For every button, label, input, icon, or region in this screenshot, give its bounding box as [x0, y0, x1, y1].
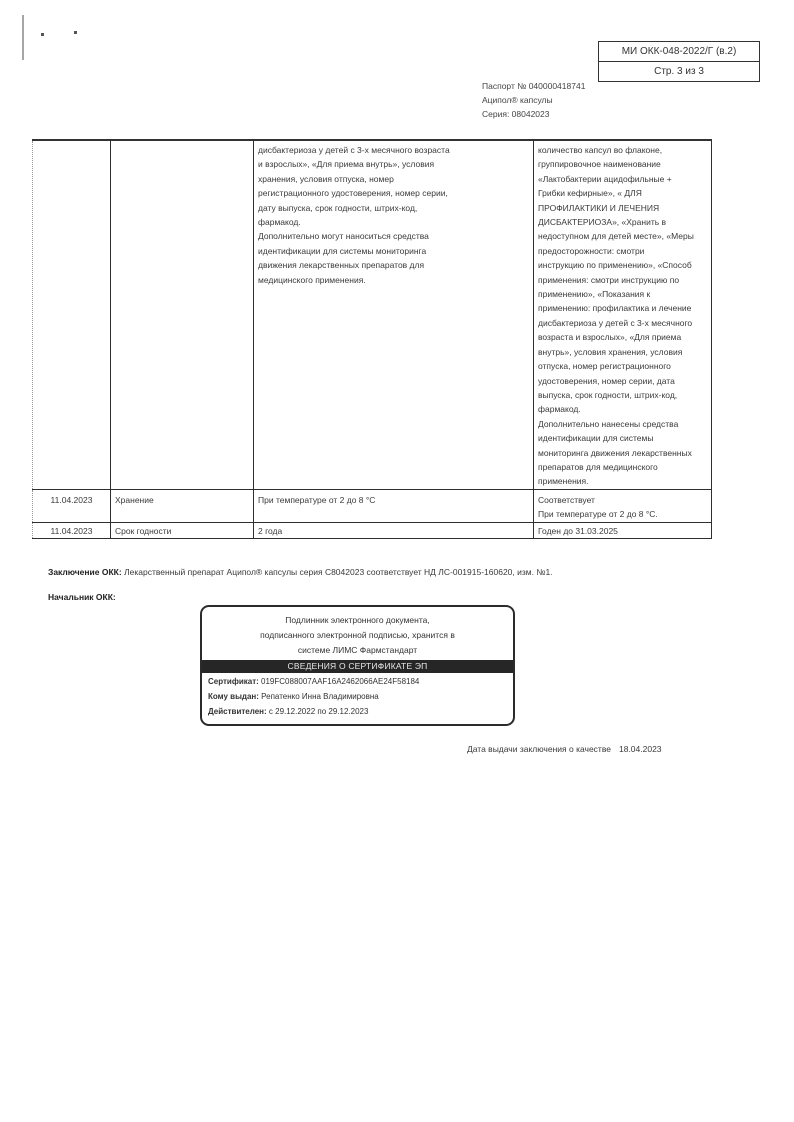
head-label: Начальник ОКК: — [48, 592, 116, 602]
stamp-header: Подлинник электронного документа, подпис… — [202, 607, 513, 658]
cell-line: регистрационного удостоверения, номер се… — [258, 186, 529, 200]
cell-line: Дополнительно нанесены средства — [538, 417, 707, 431]
issued-to-value: Репатенко Инна Владимировна — [261, 692, 379, 701]
batch-number: Серия: 08042023 — [482, 107, 585, 121]
date-cell: 11.04.2023 — [33, 490, 111, 523]
cell-line: дисбактериоза у детей с 3-х месячного — [538, 316, 707, 330]
passport-number: Паспорт № 040000418741 — [482, 79, 585, 93]
qc-conclusion: Заключение ОКК: Лекарственный препарат А… — [48, 567, 553, 577]
result-cell: Годен до 31.03.2025 — [534, 523, 712, 539]
parameter-cell — [111, 140, 254, 490]
cell-line: инструкцию по применению», «Способ — [538, 258, 707, 272]
cell-line: При температуре от 2 до 8 °С. — [538, 507, 707, 521]
cell-line: ПРОФИЛАКТИКИ И ЛЕЧЕНИЯ — [538, 201, 707, 215]
cell-line: хранения, условия отпуска, номер — [258, 172, 529, 186]
page-number: Стр. 3 из 3 — [599, 61, 759, 81]
conclusion-text: Лекарственный препарат Аципол® капсулы с… — [124, 567, 552, 577]
cell-line: удостоверения, номер серии, дата — [538, 374, 707, 388]
cell-line: применению: профилактика и лечение — [538, 301, 707, 315]
requirement-cell: При температуре от 2 до 8 °С — [254, 490, 534, 523]
scan-artifact — [41, 33, 44, 36]
cell-line: 2 года — [258, 524, 529, 538]
date-cell — [33, 140, 111, 490]
document-code-box: МИ ОКК-048-2022/Г (в.2) Стр. 3 из 3 — [598, 41, 760, 82]
stamp-info: Сертификат: 019FC088007AAF16A2462066AE24… — [202, 673, 513, 719]
valid-label: Действителен: — [208, 707, 267, 716]
issue-date: Дата выдачи заключения о качестве18.04.2… — [467, 744, 662, 754]
cell-line: идентификации для системы мониторинга — [258, 244, 529, 258]
cell-line: предосторожности: смотри — [538, 244, 707, 258]
cell-line: группировочное наименование — [538, 157, 707, 171]
cell-line: идентификации для системы — [538, 431, 707, 445]
issue-date-value: 18.04.2023 — [619, 744, 662, 754]
cell-line: дисбактериоза у детей с 3-х месячного во… — [258, 143, 529, 157]
valid-value: с 29.12.2022 по 29.12.2023 — [269, 707, 369, 716]
cell-line: «Лактобактерии ацидофильные + — [538, 172, 707, 186]
cell-line: и взрослых», «Для приема внутрь», услови… — [258, 157, 529, 171]
cell-line: применению», «Показания к — [538, 287, 707, 301]
parameter-cell: Срок годности — [111, 523, 254, 539]
requirement-cell: 2 года — [254, 523, 534, 539]
cell-line: недоступном для детей месте», «Меры — [538, 229, 707, 243]
passport-info: Паспорт № 040000418741 Аципол® капсулы С… — [482, 79, 585, 121]
cell-line: медицинского применения. — [258, 273, 529, 287]
stamp-certificate-bar: СВЕДЕНИЯ О СЕРТИФИКАТЕ ЭП — [202, 660, 513, 673]
valid-row: Действителен: с 29.12.2022 по 29.12.2023 — [208, 704, 513, 719]
cell-line: мониторинга движения лекарственных — [538, 446, 707, 460]
requirement-cell: дисбактериоза у детей с 3-х месячного во… — [254, 140, 534, 490]
cell-line: Соответствует — [538, 493, 707, 507]
cell-line: фармакод. — [538, 402, 707, 416]
table-row: 11.04.2023 Хранение При температуре от 2… — [33, 490, 712, 523]
result-cell: СоответствуетПри температуре от 2 до 8 °… — [534, 490, 712, 523]
qc-head: Начальник ОКК: — [48, 592, 116, 602]
cell-line: Грибки кефирные», « ДЛЯ — [538, 186, 707, 200]
cell-line: применения: смотри инструкцию по — [538, 273, 707, 287]
test-results-table: дисбактериоза у детей с 3-х месячного во… — [32, 139, 712, 539]
table-row: 11.04.2023 Срок годности 2 года Годен до… — [33, 523, 712, 539]
scan-artifact — [22, 15, 24, 60]
cell-line: применения. — [538, 474, 707, 488]
document-code: МИ ОКК-048-2022/Г (в.2) — [599, 42, 759, 61]
cell-line: препаратов для медицинского — [538, 460, 707, 474]
certificate-label: Сертификат: — [208, 677, 259, 686]
cell-line: Дополнительно могут наноситься средства — [258, 229, 529, 243]
cell-line: дату выпуска, срок годности, штрих-код, — [258, 201, 529, 215]
conclusion-label: Заключение ОКК: — [48, 567, 122, 577]
stamp-line: системе ЛИМС Фармстандарт — [202, 643, 513, 658]
cell-line: возраста и взрослых», «Для приема — [538, 330, 707, 344]
cell-line: При температуре от 2 до 8 °С — [258, 493, 529, 507]
cell-line: движения лекарственных препаратов для — [258, 258, 529, 272]
cell-line: выпуска, срок годности, штрих-код, — [538, 388, 707, 402]
result-cell: количество капсул во флаконе,группировоч… — [534, 140, 712, 490]
issued-to-row: Кому выдан: Репатенко Инна Владимировна — [208, 689, 513, 704]
parameter-cell: Хранение — [111, 490, 254, 523]
cell-line: ДИСБАКТЕРИОЗА», «Хранить в — [538, 215, 707, 229]
issued-to-label: Кому выдан: — [208, 692, 259, 701]
product-name: Аципол® капсулы — [482, 93, 585, 107]
date-cell: 11.04.2023 — [33, 523, 111, 539]
scan-artifact — [74, 31, 77, 34]
cell-line: количество капсул во флаконе, — [538, 143, 707, 157]
certificate-value: 019FC088007AAF16A2462066AE24F58184 — [261, 677, 419, 686]
electronic-signature-stamp: Подлинник электронного документа, подпис… — [200, 605, 515, 726]
stamp-line: подписанного электронной подписью, храни… — [202, 628, 513, 643]
cell-line: внутрь», условия хранения, условия — [538, 345, 707, 359]
stamp-line: Подлинник электронного документа, — [202, 613, 513, 628]
table-row: дисбактериоза у детей с 3-х месячного во… — [33, 140, 712, 490]
cell-line: фармакод. — [258, 215, 529, 229]
certificate-row: Сертификат: 019FC088007AAF16A2462066AE24… — [208, 674, 513, 689]
cell-line: отпуска, номер регистрационного — [538, 359, 707, 373]
cell-line: Годен до 31.03.2025 — [538, 524, 707, 538]
issue-date-label: Дата выдачи заключения о качестве — [467, 744, 611, 754]
